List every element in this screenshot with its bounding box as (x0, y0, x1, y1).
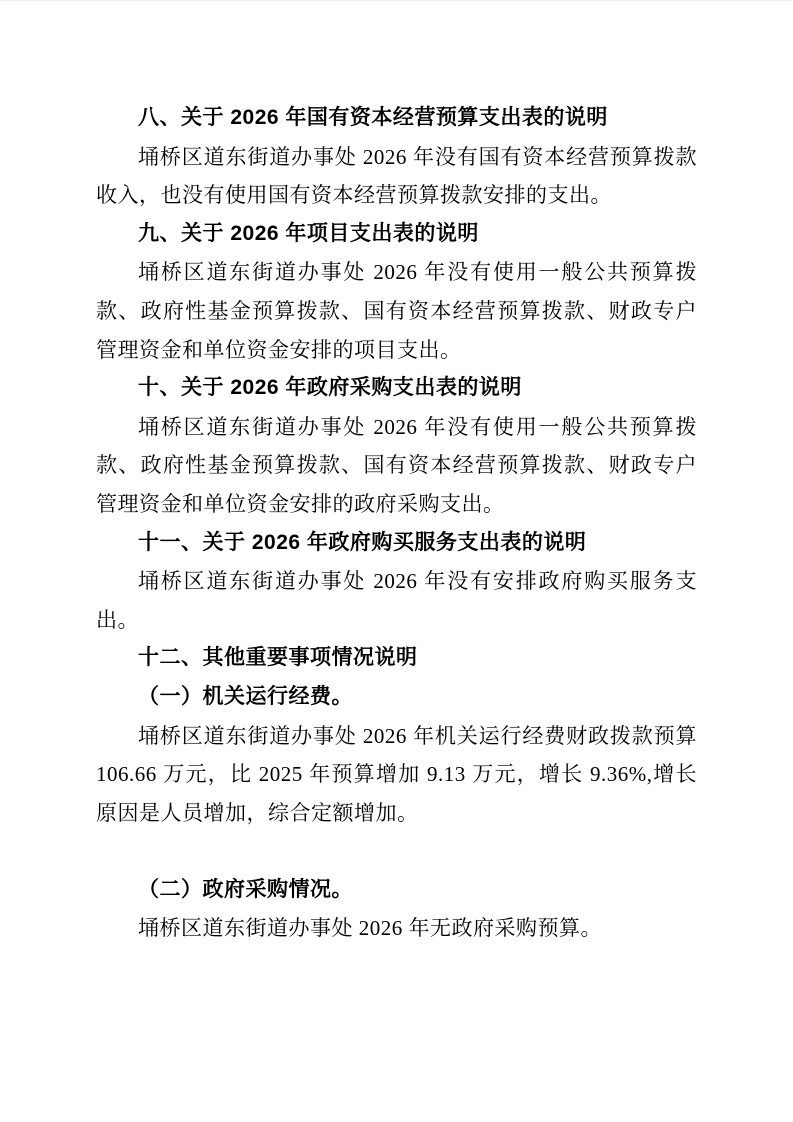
para-12-1-body: 埇桥区道东街道办事处 2026 年机关运行经费财政拨款预算 106.66 万元，… (96, 717, 697, 833)
para-8-body: 埇桥区道东街道办事处 2026 年没有国有资本经营预算拨款收入，也没有使用国有资… (96, 138, 697, 215)
para-9-body: 埇桥区道东街道办事处 2026 年没有使用一般公共预算拨款、政府性基金预算拨款、… (96, 253, 697, 369)
subheading-12-1-agency-operating-funds: （一）机关运行经费。 (96, 678, 697, 717)
heading-11-government-purchased-services: 十一、关于 2026 年政府购买服务支出表的说明 (96, 524, 697, 563)
blank-line (96, 832, 697, 871)
heading-10-government-procurement-expenditure: 十、关于 2026 年政府采购支出表的说明 (96, 369, 697, 408)
heading-9-project-expenditure: 九、关于 2026 年项目支出表的说明 (96, 215, 697, 254)
subheading-12-2-government-procurement-status: （二）政府采购情况。 (96, 871, 697, 910)
heading-8-state-capital-operating-budget: 八、关于 2026 年国有资本经营预算支出表的说明 (96, 99, 697, 138)
document-page: 八、关于 2026 年国有资本经营预算支出表的说明 埇桥区道东街道办事处 202… (0, 0, 793, 1122)
para-10-body: 埇桥区道东街道办事处 2026 年没有使用一般公共预算拨款、政府性基金预算拨款、… (96, 408, 697, 524)
para-11-body: 埇桥区道东街道办事处 2026 年没有安排政府购买服务支出。 (96, 562, 697, 639)
heading-12-other-important-matters: 十二、其他重要事项情况说明 (96, 639, 697, 678)
para-12-2-body: 埇桥区道东街道办事处 2026 年无政府采购预算。 (96, 909, 697, 948)
